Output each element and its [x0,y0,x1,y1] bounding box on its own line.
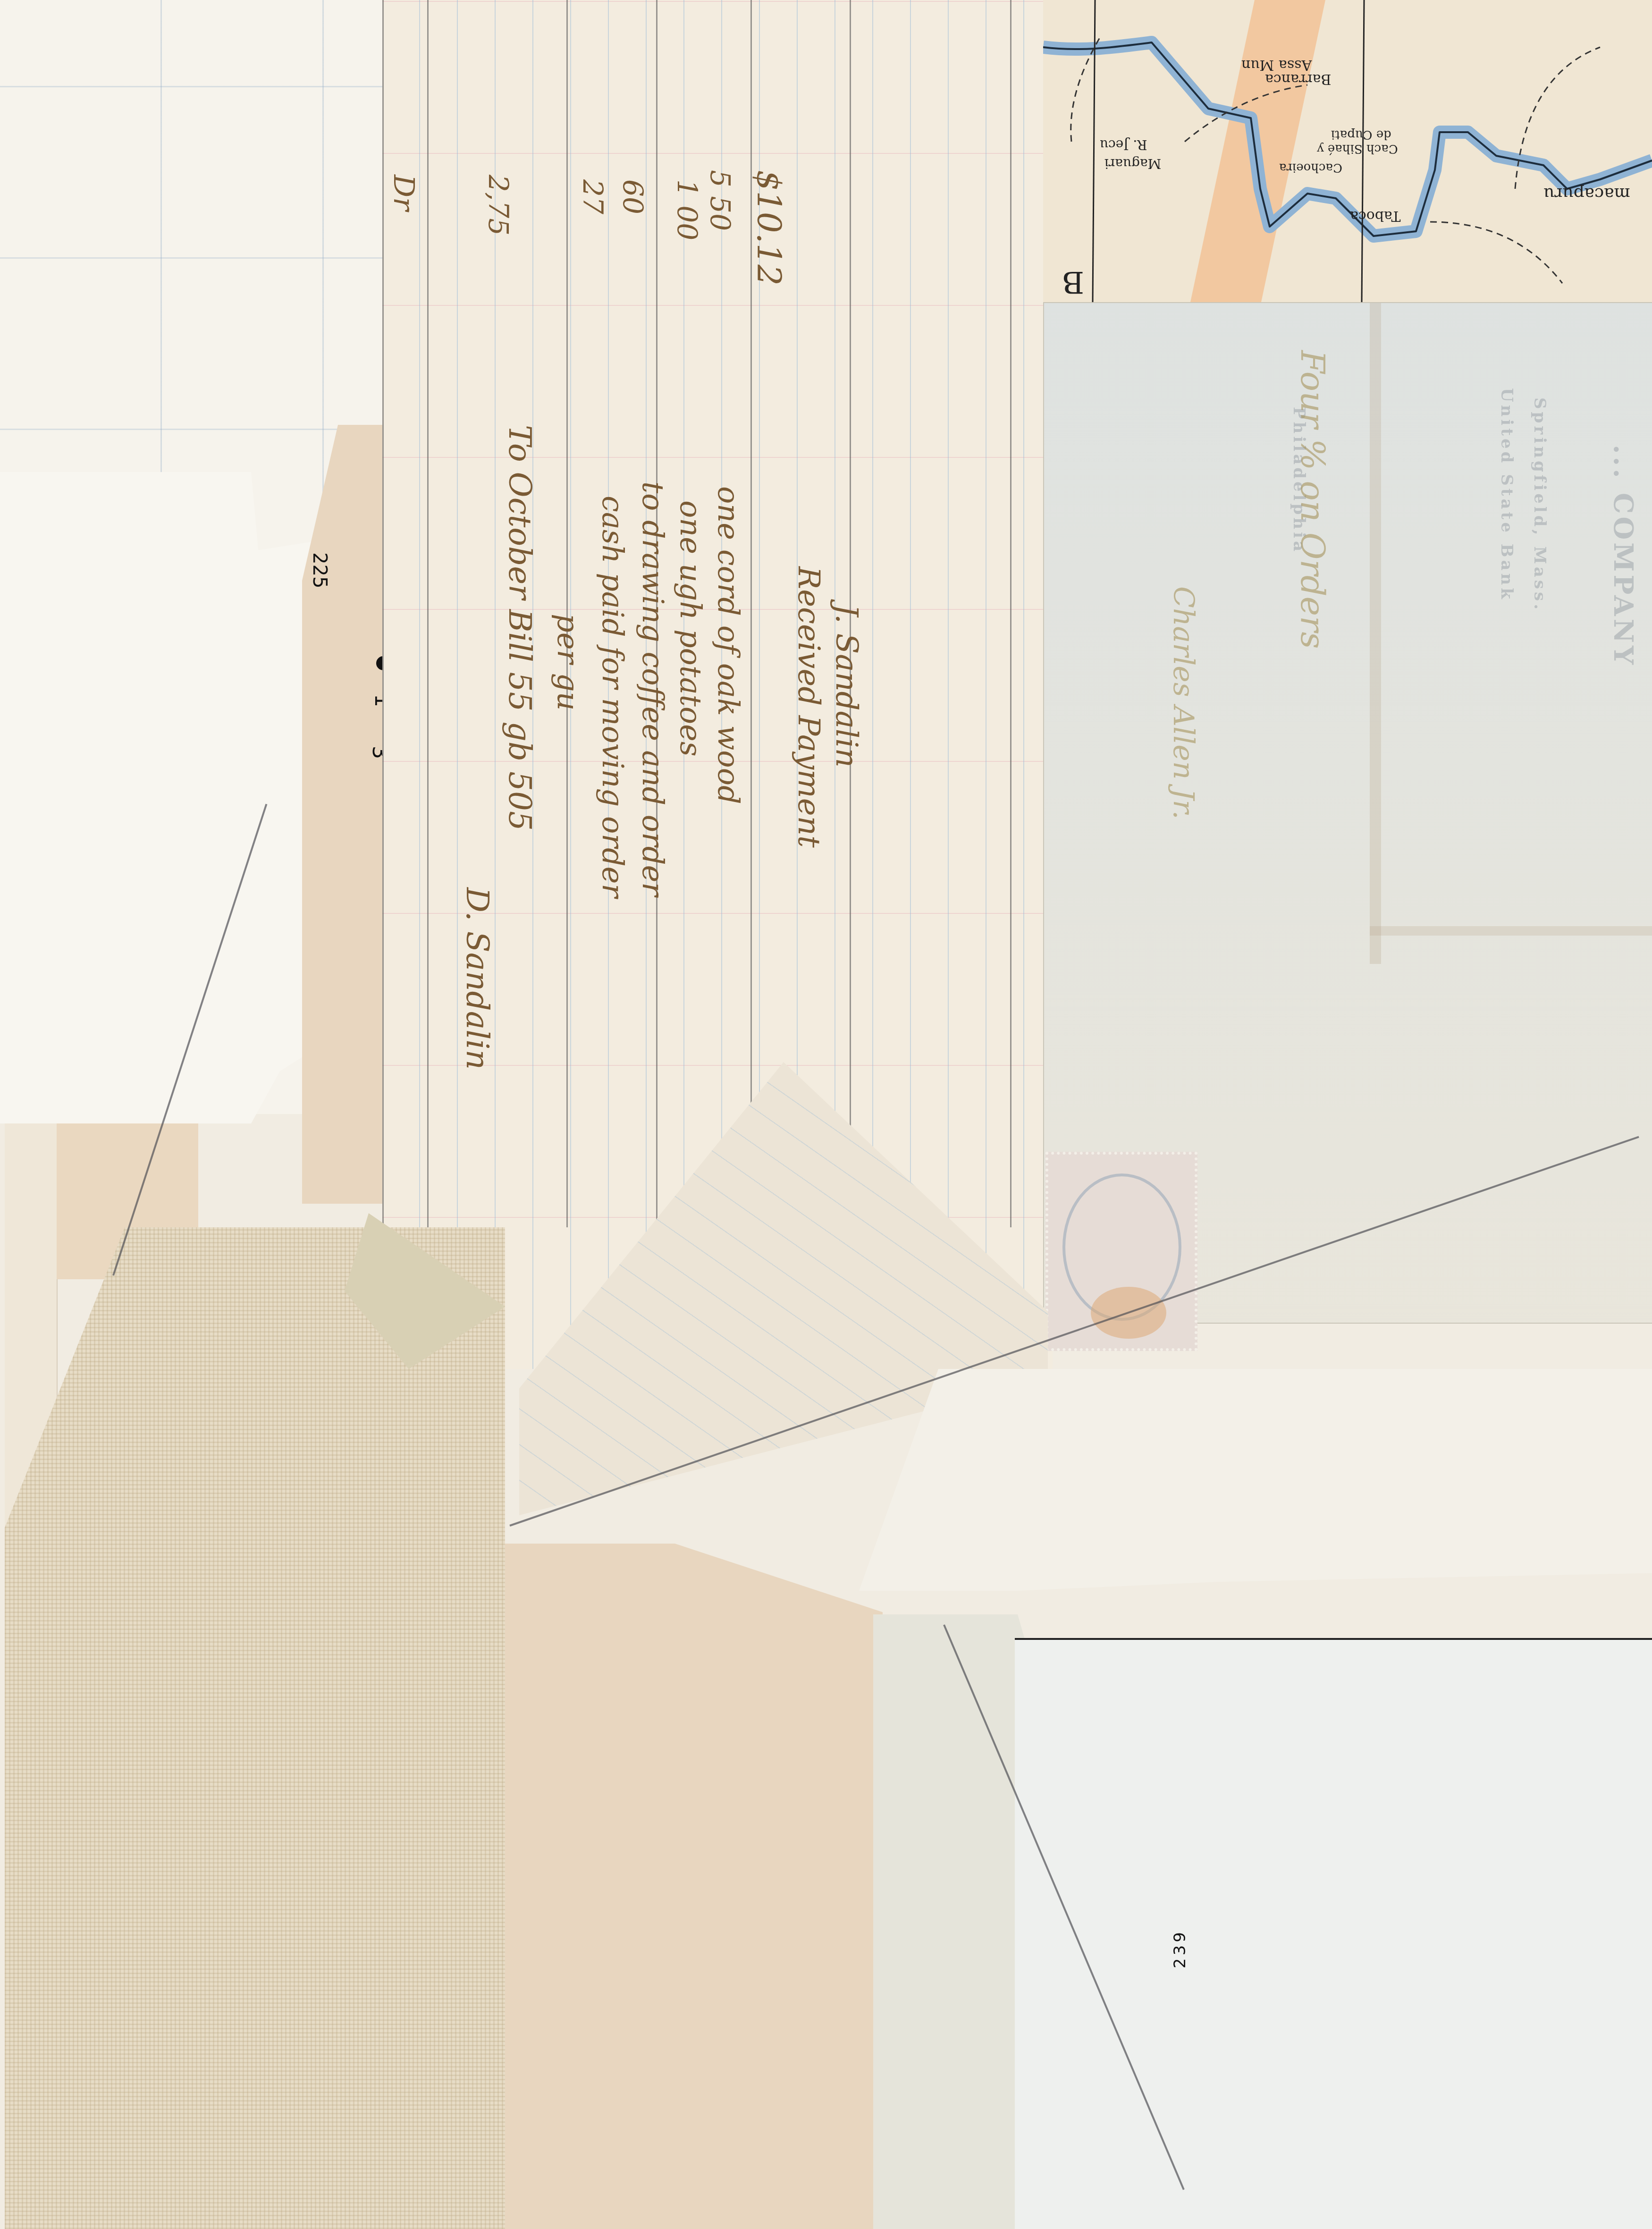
map-label: R. Jecu [1100,137,1147,152]
map-label: Barranca [1265,71,1332,87]
map-label: de Cupati [1331,127,1391,142]
ledger-line: J. Sandalin [829,604,864,768]
map-label: B [1062,264,1084,299]
ledger-line: To October Bill 55 gb 505 [502,425,538,831]
receipt-fold [1370,303,1381,964]
ledger-line: one ugh potatoes [674,500,708,757]
ledger-total: $10.12 [750,170,788,286]
map-label: Cach Sihaé y [1317,142,1398,156]
printed-page [1015,1638,1652,2229]
ledger-header-dr: Dr [387,175,420,211]
receipt-mirrored-line: United State Bank [1497,388,1516,602]
ledger-line: to drawing coffee and order [636,481,670,896]
kraft-number-strip [302,425,392,1204]
receipt-handwriting-bleed: Four % on Orders [1293,350,1332,649]
ledger-amount: 5 50 [704,170,736,231]
ledger-line: cash paid for moving order [596,496,630,898]
map-label: macapuru [1543,184,1630,203]
ledger-line: one cord of oak wood [711,486,746,804]
receipt-fold [1370,926,1652,936]
antique-map-fragment: Barranca Assa Mun R. Jecu Maguari Cachoe… [1043,0,1652,304]
postage-stamp [1045,1152,1197,1351]
ledger-amount: 2,75 [482,175,514,236]
ledger-line: per gu [551,614,585,710]
torn-white-sheet [859,1369,1652,1591]
receipt-mirrored-heading: ... COMPANY [1608,445,1639,667]
burlap-fabric [5,1227,505,2229]
map-label: Assa Mun [1241,57,1312,73]
ledger-amount: 1 00 [671,179,703,240]
map-label: Taboca [1350,208,1401,224]
printed-page-number-225: 225 [309,552,330,588]
pencil-rule [1010,0,1011,1227]
page-number-239: 239 [1171,1929,1189,1968]
ledger-line: D. Sandalin [459,887,496,1070]
pencil-rule [382,0,384,1227]
ledger-line: Received Payment [791,566,826,848]
pencil-rule [427,0,429,1227]
receipt-mirrored-line: Springfield, Mass. [1530,397,1549,612]
ledger-amount: 27 [577,179,609,214]
ledger-amount: 60 [617,179,649,214]
kraft-paper [505,1544,883,2229]
map-label: Maguari [1104,156,1161,171]
map-label: Cachoeira [1279,160,1342,175]
receipt-handwriting-bleed: Charles Allen Jr. [1167,586,1200,819]
